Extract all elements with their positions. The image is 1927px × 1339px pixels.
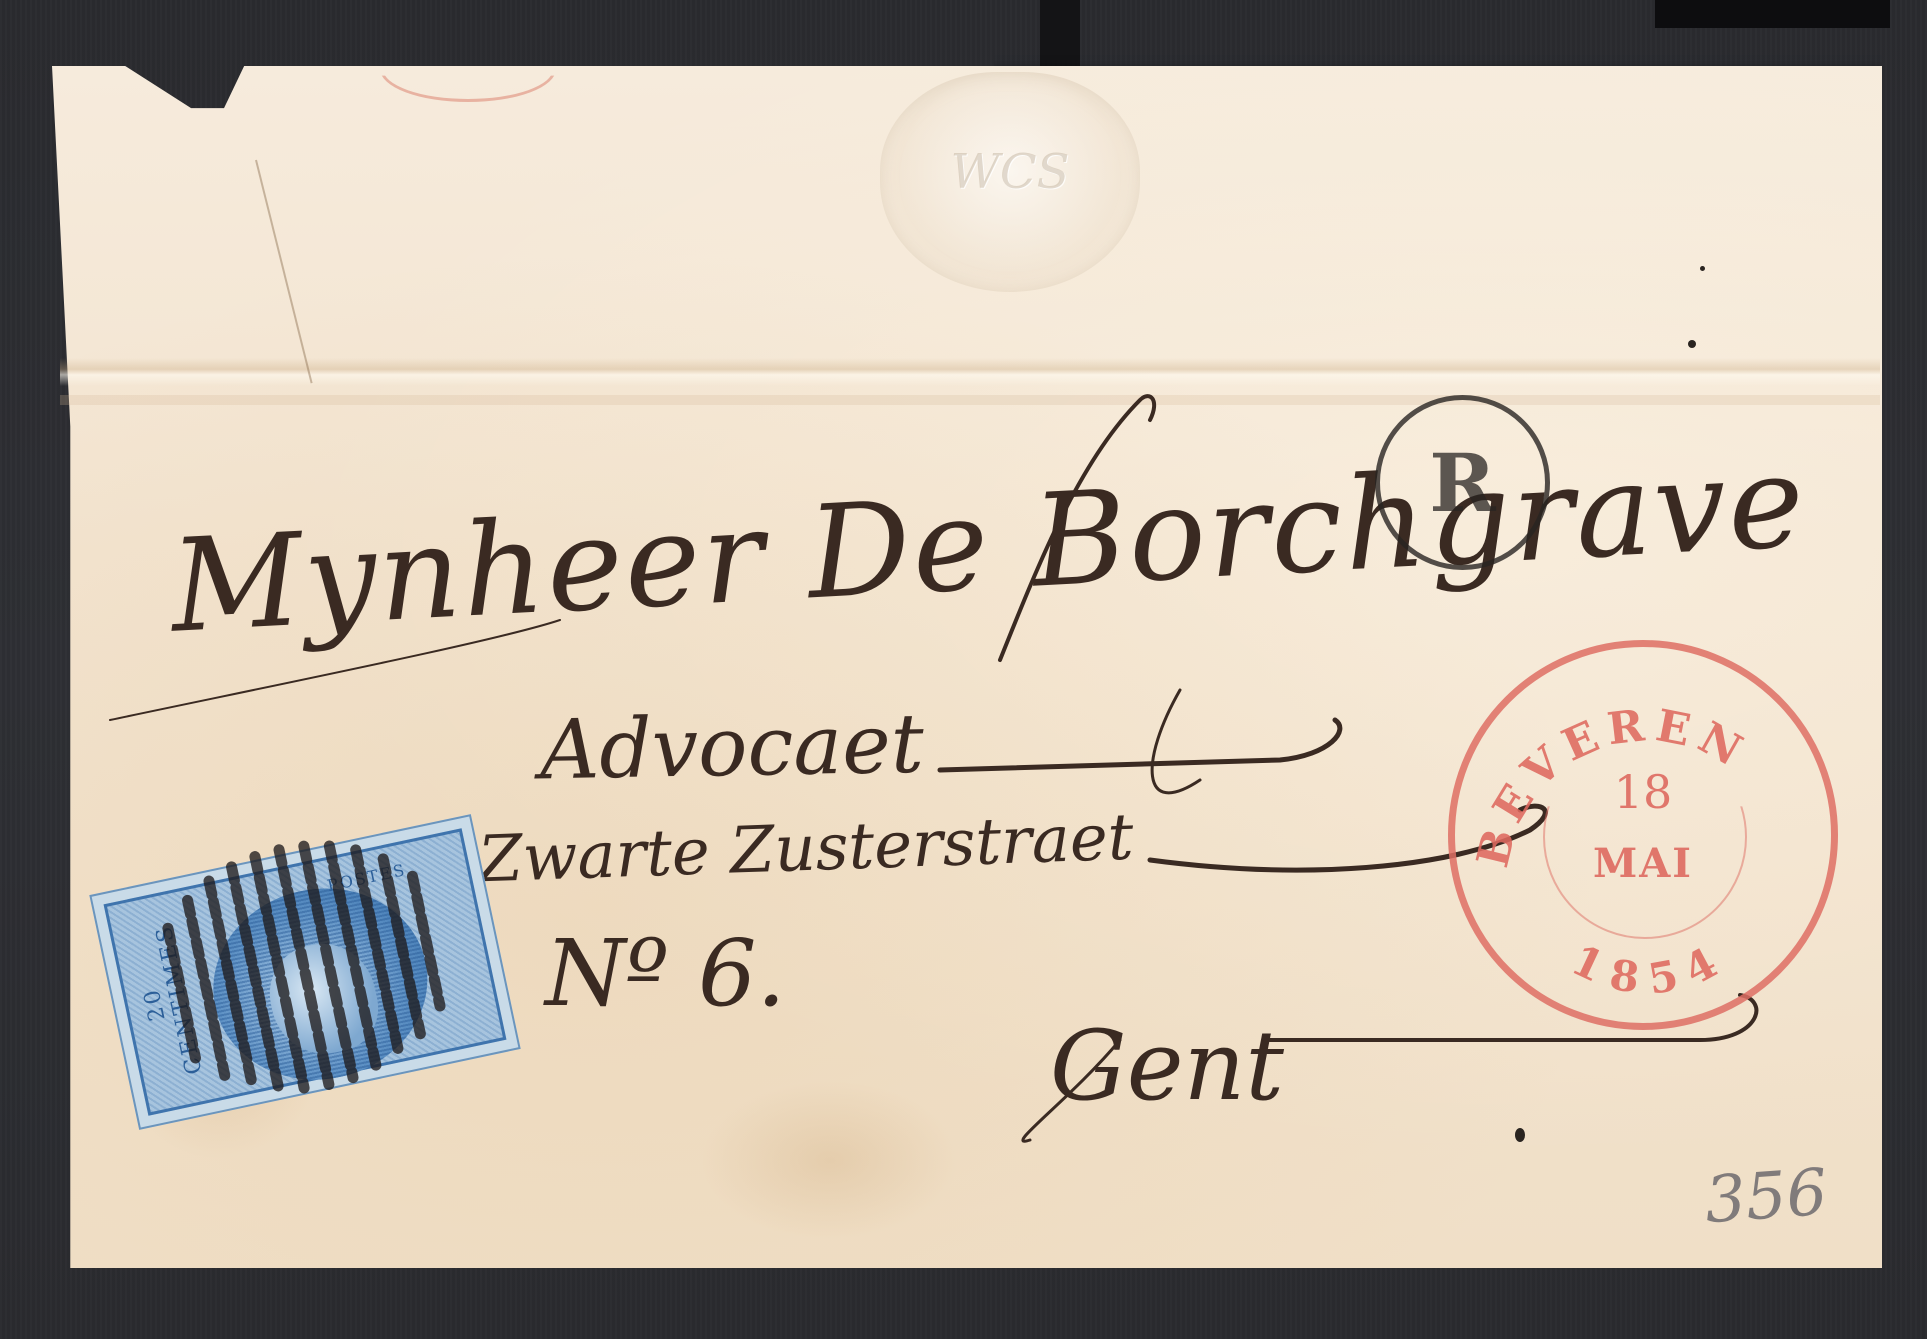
postmark-day: 18	[1448, 765, 1838, 819]
postmark-text-ring: BEVEREN 1854	[1448, 640, 1838, 1030]
svg-text:1854: 1854	[1564, 932, 1737, 1005]
ink-spot	[1515, 1128, 1525, 1142]
ink-spot	[1700, 266, 1705, 271]
postmark-month: MAI	[1448, 840, 1838, 887]
circular-date-postmark: BEVEREN 1854 18 MAI	[1448, 640, 1838, 1030]
registration-letter: R	[1429, 436, 1495, 530]
pencil-annotation: 356	[1703, 1156, 1830, 1238]
registration-handstamp: R	[1375, 395, 1550, 570]
ink-spot	[1688, 340, 1696, 348]
